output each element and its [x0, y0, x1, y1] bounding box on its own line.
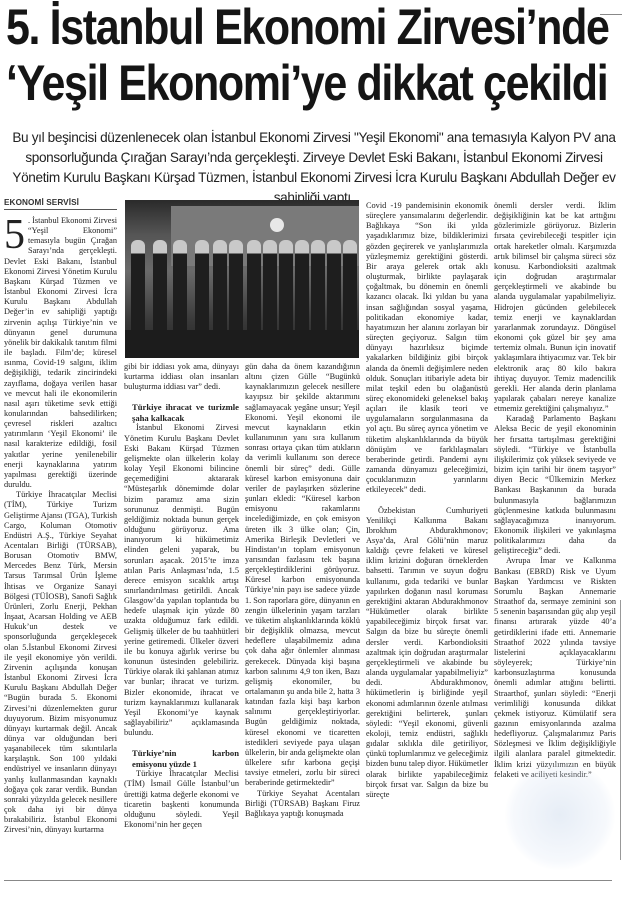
- paragraph: Covid -19 pandemisinin ekonomik süreçler…: [366, 201, 488, 496]
- bottom-rule: [4, 880, 612, 881]
- frame-line: [620, 600, 621, 860]
- paragraph: önemli dersler verdi. İklim değişikliğin…: [494, 201, 616, 414]
- paragraph: gün daha da önem kazandığının altını çiz…: [245, 362, 360, 789]
- watermark-logo: [505, 760, 615, 870]
- article-photo: [125, 200, 359, 358]
- subheading: Türkiye’nin karbon emisyonu yüzde 1: [132, 748, 239, 769]
- column-5: önemli dersler verdi. İklim değişikliğin…: [494, 201, 616, 780]
- paragraph: İstanbul Ekonomi Zirvesi Yönetim Kurulu …: [124, 423, 239, 738]
- paragraph: 5. İstanbul Ekonomi Zirvesi “Yeşil Ekono…: [4, 216, 117, 490]
- column-4: Covid -19 pandemisinin ekonomik süreçler…: [366, 201, 488, 800]
- paragraph: Türkiye İhracatçılar Meclisi (TİM), Türk…: [4, 490, 117, 835]
- frame-corner: [600, 14, 622, 15]
- paragraph-text: . İstanbul Ekonomi Zirvesi “Yeşil Ekonom…: [4, 216, 117, 489]
- column-3: gün daha da önem kazandığının altını çiz…: [245, 362, 360, 819]
- paragraph: Özbekistan Cumhuriyeti Yenilikçi Kalkınm…: [366, 506, 488, 801]
- dropcap: 5: [4, 218, 25, 252]
- column-1: 5. İstanbul Ekonomi Zirvesi “Yeşil Ekono…: [4, 216, 117, 836]
- column-2: gibi bir iddiası yok ama, dünyayı kurtar…: [124, 362, 239, 830]
- headline-line-2: ‘Yeşil Ekonomi’ye dikkat çekildi: [6, 56, 522, 112]
- byline: EKONOMİ SERVİSİ: [4, 198, 117, 210]
- article-deck: Bu yıl beşincisi düzenlenecek olan İstan…: [8, 128, 620, 208]
- summit-logo: [270, 218, 284, 232]
- headline-line-1: 5. İstanbul Ekonomi Zirvesi’nde: [6, 0, 522, 56]
- paragraph: Türkiye Seyahat Acentaları Birliği (TÜRS…: [245, 789, 360, 819]
- paragraph: gibi bir iddiası yok ama, dünyayı kurtar…: [124, 362, 239, 392]
- paragraph: Karadağ Parlamento Başkanı Aleksa Becic …: [494, 414, 616, 556]
- paragraph: Türkiye İhracatçılar Meclisi (TİM) İsmai…: [124, 769, 239, 830]
- stage-floor: [125, 330, 359, 358]
- paragraph: Avrupa İmar ve Kalkınma Bankası (EBRD) R…: [494, 556, 616, 779]
- subheading: Türkiye ihracat ve turizmle şaha kalkaca…: [132, 402, 239, 423]
- headline: 5. İstanbul Ekonomi Zirvesi’nde ‘Yeşil E…: [6, 0, 522, 112]
